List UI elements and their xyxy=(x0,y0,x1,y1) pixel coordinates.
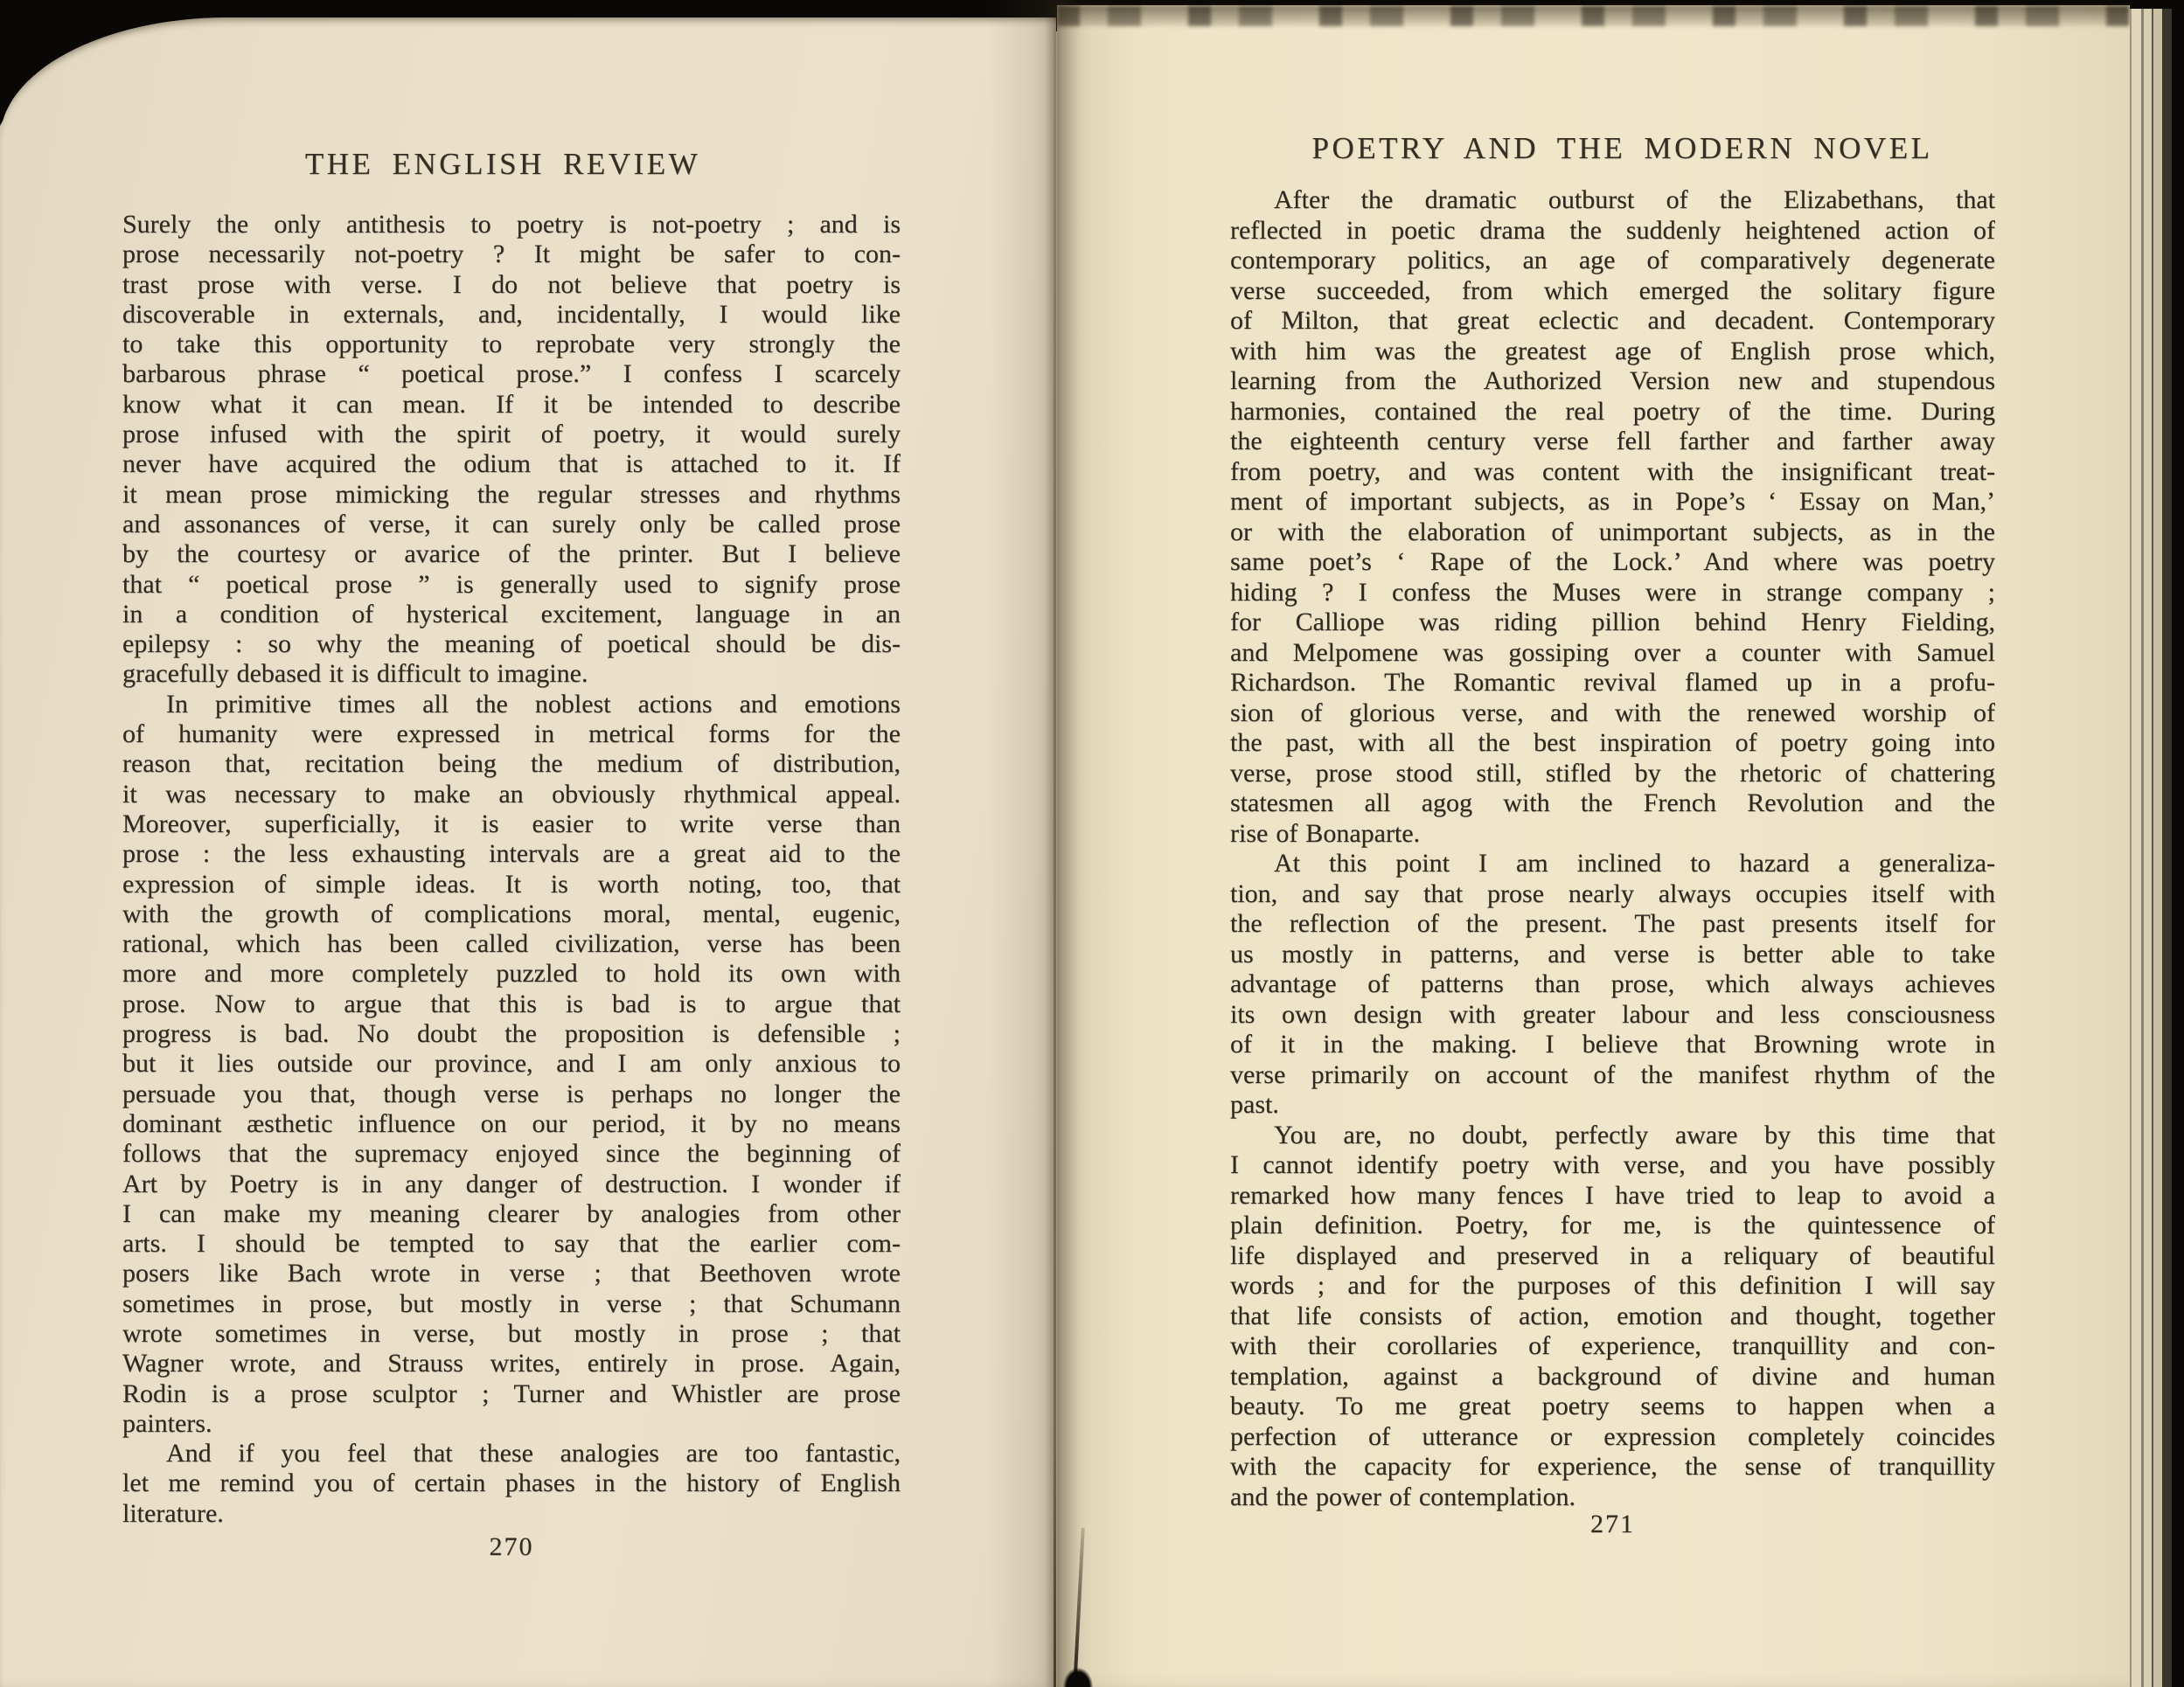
text-line: by the courtesy or avarice of the printe… xyxy=(122,539,901,569)
text-line: epilepsy : so why the meaning of poetica… xyxy=(122,629,901,659)
text-line: plain definition. Poetry, for me, is the… xyxy=(1230,1211,1995,1241)
left-page: THE ENGLISH REVIEW Surely the only antit… xyxy=(0,17,1056,1687)
page-stack-fore-edge xyxy=(2130,9,2172,1687)
text-line: with him was the greatest age of English… xyxy=(1230,337,1995,367)
text-line: the past, with all the best inspiration … xyxy=(1230,728,1995,759)
text-line: literature. xyxy=(122,1499,901,1529)
text-line: expression of simple ideas. It is worth … xyxy=(122,870,901,899)
text-line: of humanity were expressed in metrical f… xyxy=(122,719,901,749)
text-line: words ; and for the purposes of this def… xyxy=(1230,1271,1995,1302)
text-line: prose. Now to argue that this is bad is … xyxy=(122,989,901,1019)
text-line: sometimes in prose, but mostly in verse … xyxy=(122,1289,901,1319)
gutter-bottom-notch xyxy=(1063,1668,1093,1687)
text-line: from poetry, and was content with the in… xyxy=(1230,457,1995,488)
text-line: never have acquired the odium that is at… xyxy=(122,449,901,479)
text-line: I can make my meaning clearer by analogi… xyxy=(122,1199,901,1229)
text-line: to take this opportunity to reprobate ve… xyxy=(122,330,901,359)
text-line: templation, against a background of divi… xyxy=(1230,1362,1995,1392)
text-line: dominant æsthetic influence on our perio… xyxy=(122,1109,901,1139)
text-line: life displayed and preserved in a reliqu… xyxy=(1230,1241,1995,1272)
paragraph: After the dramatic outburst of the Eliza… xyxy=(1230,185,1995,849)
text-line: In primitive times all the noblest actio… xyxy=(122,690,901,719)
page-number-left: 270 xyxy=(0,1532,1023,1562)
text-line: more and more completely puzzled to hold… xyxy=(122,959,901,989)
text-line: harmonies, contained the real poetry of … xyxy=(1230,397,1995,427)
text-line: arts. I should be tempted to say that th… xyxy=(122,1229,901,1259)
right-page: POETRY AND THE MODERN NOVEL After the dr… xyxy=(1057,5,2130,1687)
gutter-fold-line xyxy=(1054,26,1056,1687)
running-header-right: POETRY AND THE MODERN NOVEL xyxy=(1115,131,2130,166)
text-line: statesmen all agog with the French Revol… xyxy=(1230,788,1995,819)
text-line: us mostly in patterns, and verse is bett… xyxy=(1230,940,1995,970)
text-line: gracefully debased it is difficult to im… xyxy=(122,659,901,689)
text-line: Richardson. The Romantic revival flamed … xyxy=(1230,668,1995,698)
paragraph: Surely the only antithesis to poetry is … xyxy=(122,210,901,690)
open-book-scan: THE ENGLISH REVIEW Surely the only antit… xyxy=(0,0,2184,1687)
text-line: remarked how many fences I have tried to… xyxy=(1230,1181,1995,1211)
text-line: rational, which has been called civiliza… xyxy=(122,929,901,959)
text-line: At this point I am inclined to hazard a … xyxy=(1230,849,1995,879)
text-line: same poet’s ‘ Rape of the Lock.’ And whe… xyxy=(1230,547,1995,578)
text-line: Wagner wrote, and Strauss writes, entire… xyxy=(122,1349,901,1378)
text-line: or with the elaboration of unimportant s… xyxy=(1230,517,1995,548)
text-line: painters. xyxy=(122,1409,901,1439)
text-line: And if you feel that these analogies are… xyxy=(122,1439,901,1468)
text-line: that life consists of action, emotion an… xyxy=(1230,1302,1995,1332)
text-line: Surely the only antithesis to poetry is … xyxy=(122,210,901,240)
text-line: Art by Poetry is in any danger of destru… xyxy=(122,1170,901,1199)
text-line: and Melpomene was gossiping over a count… xyxy=(1230,638,1995,669)
text-line: progress is bad. No doubt the propositio… xyxy=(122,1019,901,1049)
text-line: beauty. To me great poetry seems to happ… xyxy=(1230,1392,1995,1422)
text-line: verse primarily on account of the manife… xyxy=(1230,1060,1995,1091)
text-line: that “ poetical prose ” is generally use… xyxy=(122,570,901,600)
text-line: let me remind you of certain phases in t… xyxy=(122,1468,901,1498)
text-line: with the capacity for experience, the se… xyxy=(1230,1452,1995,1482)
text-line: it mean prose mimicking the regular stre… xyxy=(122,480,901,510)
text-line: advantage of patterns than prose, which … xyxy=(1230,969,1995,1000)
text-line: posers like Bach wrote in verse ; that B… xyxy=(122,1259,901,1288)
text-line: with their corollaries of experience, tr… xyxy=(1230,1331,1995,1362)
text-line: in a condition of hysterical excitement,… xyxy=(122,600,901,629)
text-line: contemporary politics, an age of compara… xyxy=(1230,246,1995,276)
text-line: perfection of utterance or expression co… xyxy=(1230,1422,1995,1453)
paragraph: And if you feel that these analogies are… xyxy=(122,1439,901,1529)
text-line: know what it can mean. If it be intended… xyxy=(122,390,901,420)
text-line: rise of Bonaparte. xyxy=(1230,819,1995,850)
text-line: it was necessary to make an obviously rh… xyxy=(122,780,901,809)
text-line: prose necessarily not-poetry ? It might … xyxy=(122,240,901,269)
text-line: persuade you that, though verse is perha… xyxy=(122,1080,901,1109)
text-line: prose : the less exhausting intervals ar… xyxy=(122,839,901,869)
text-line: past. xyxy=(1230,1090,1995,1121)
paragraph: You are, no doubt, perfectly aware by th… xyxy=(1230,1121,1995,1513)
text-line: After the dramatic outburst of the Eliza… xyxy=(1230,185,1995,216)
text-line: Rodin is a prose sculptor ; Turner and W… xyxy=(122,1379,901,1409)
text-line: verse succeeded, from which emerged the … xyxy=(1230,276,1995,307)
text-line: verse, prose stood still, stifled by the… xyxy=(1230,759,1995,789)
text-line: for Calliope was riding pillion behind H… xyxy=(1230,607,1995,638)
text-line: tion, and say that prose nearly always o… xyxy=(1230,879,1995,910)
right-page-body-text: After the dramatic outburst of the Eliza… xyxy=(1230,185,1995,1512)
text-line: of Milton, that great eclectic and decad… xyxy=(1230,306,1995,337)
text-line: follows that the supremacy enjoyed since… xyxy=(122,1139,901,1169)
paragraph: In primitive times all the noblest actio… xyxy=(122,690,901,1439)
text-line: but it lies outside our province, and I … xyxy=(122,1049,901,1079)
text-line: discoverable in externals, and, incident… xyxy=(122,300,901,330)
text-line: the eighteenth century verse fell farthe… xyxy=(1230,427,1995,457)
text-line: hiding ? I confess the Muses were in str… xyxy=(1230,578,1995,608)
left-page-body-text: Surely the only antithesis to poetry is … xyxy=(122,210,901,1529)
text-line: of it in the making. I believe that Brow… xyxy=(1230,1030,1995,1060)
text-line: reason that, recitation being the medium… xyxy=(122,749,901,779)
text-line: reflected in poetic drama the suddenly h… xyxy=(1230,216,1995,246)
text-line: I cannot identify poetry with verse, and… xyxy=(1230,1150,1995,1181)
text-line: learning from the Authorized Version new… xyxy=(1230,366,1995,397)
text-line: Moreover, superficially, it is easier to… xyxy=(122,809,901,839)
page-number-right: 271 xyxy=(1230,1510,1995,1539)
text-line: trast prose with verse. I do not believe… xyxy=(122,270,901,300)
text-line: with the growth of complications moral, … xyxy=(122,899,901,929)
text-line: the reflection of the present. The past … xyxy=(1230,909,1995,940)
text-line: ment of important subjects, as in Pope’s… xyxy=(1230,487,1995,517)
text-line: prose infused with the spirit of poetry,… xyxy=(122,420,901,449)
text-line: You are, no doubt, perfectly aware by th… xyxy=(1230,1121,1995,1151)
text-line: barbarous phrase “ poetical prose.” I co… xyxy=(122,359,901,389)
paragraph: At this point I am inclined to hazard a … xyxy=(1230,849,1995,1121)
text-line: wrote sometimes in verse, but mostly in … xyxy=(122,1319,901,1349)
text-line: and the power of contemplation. xyxy=(1230,1482,1995,1513)
running-header-left: THE ENGLISH REVIEW xyxy=(0,147,1005,182)
text-line: and assonances of verse, it can surely o… xyxy=(122,510,901,539)
text-line: sion of glorious verse, and with the ren… xyxy=(1230,698,1995,729)
text-line: its own design with greater labour and l… xyxy=(1230,1000,1995,1031)
